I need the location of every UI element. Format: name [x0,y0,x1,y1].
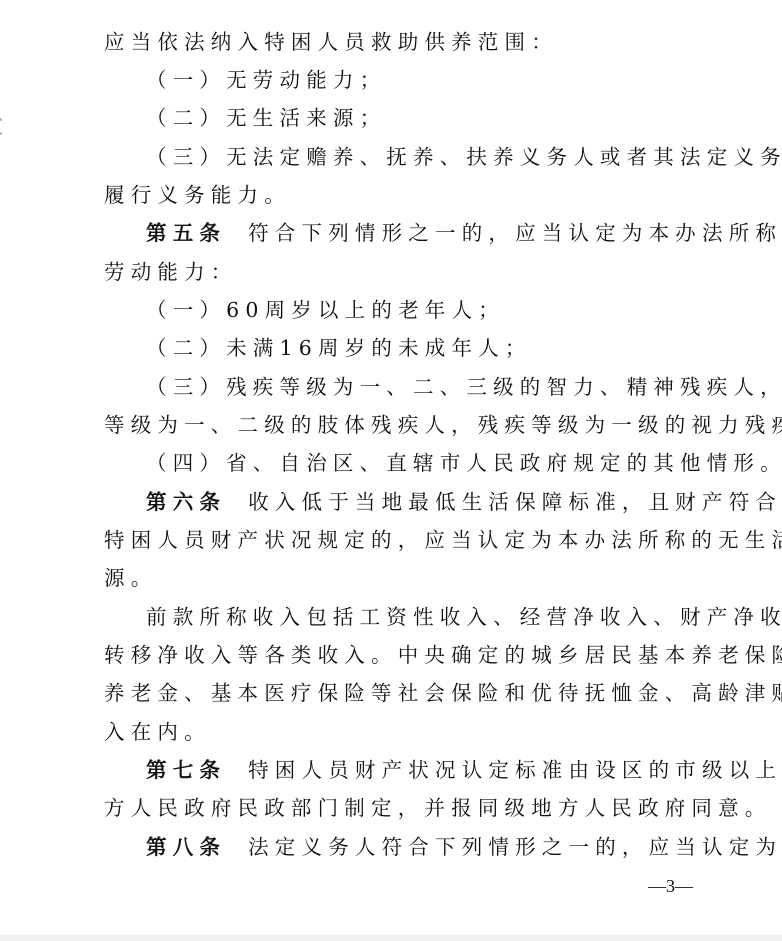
article-5: 第五条符合下列情形之一的，应当认定为本办法所称的无 [146,219,782,247]
article-text: 符合下列情形之一的，应当认定为本办法所称的无 [248,221,782,245]
article-heading: 第五条 [146,221,226,245]
document-page: 应当依法纳入特困人员救助供养范围： （一）无劳动能力； （二）无生活来源； （三… [0,0,782,935]
list-item: （一）60周岁以上的老年人； [146,296,505,324]
article-6: 第六条收入低于当地最低生活保障标准，且财产符合当地 [146,488,782,516]
list-item: （三）残疾等级为一、二、三级的智力、精神残疾人，残疾 [146,373,782,401]
article-text: 法定义务人符合下列情形之一的，应当认定为本办 [248,835,782,859]
text-line: 特困人员财产状况规定的，应当认定为本办法所称的无生活来 [104,526,782,554]
text-line: 养老金、基本医疗保险等社会保险和优待抚恤金、高龄津贴不计 [104,679,782,707]
article-text: 特困人员财产状况认定标准由设区的市级以上地 [248,758,782,782]
article-heading: 第七条 [146,758,226,782]
article-heading: 第八条 [146,835,226,859]
text-line: 劳动能力： [104,258,238,286]
text-line: 前款所称收入包括工资性收入、经营净收入、财产净收入、 [146,603,782,631]
article-heading: 第六条 [146,490,226,514]
article-text: 收入低于当地最低生活保障标准，且财产符合当地 [248,490,782,514]
list-item: （三）无法定赡养、抚养、扶养义务人或者其法定义务人无 [146,143,782,171]
scan-edge-mark [0,118,2,121]
article-7: 第七条特困人员财产状况认定标准由设区的市级以上地 [146,756,782,784]
page-bottom-edge [0,935,782,941]
list-item: （四）省、自治区、直辖市人民政府规定的其他情形。 [146,449,782,477]
text-line: 方人民政府民政部门制定，并报同级地方人民政府同意。 [104,794,772,822]
text-line: 履行义务能力。 [104,181,291,209]
text-line: 转移净收入等各类收入。中央确定的城乡居民基本养老保险基础 [104,641,782,669]
page-number: —3— [648,874,693,898]
text-line: 等级为一、二级的肢体残疾人，残疾等级为一级的视力残疾人； [104,411,782,439]
text-line: 源。 [104,564,157,592]
article-8: 第八条法定义务人符合下列情形之一的，应当认定为本办 [146,833,782,861]
text-line: 应当依法纳入特困人员救助供养范围： [104,28,558,56]
list-item: （二）无生活来源； [146,104,386,132]
list-item: （一）无劳动能力； [146,66,386,94]
text-line: 入在内。 [104,718,211,746]
list-item: （二）未满16周岁的未成年人； [146,334,532,362]
scan-edge-mark [0,132,2,135]
